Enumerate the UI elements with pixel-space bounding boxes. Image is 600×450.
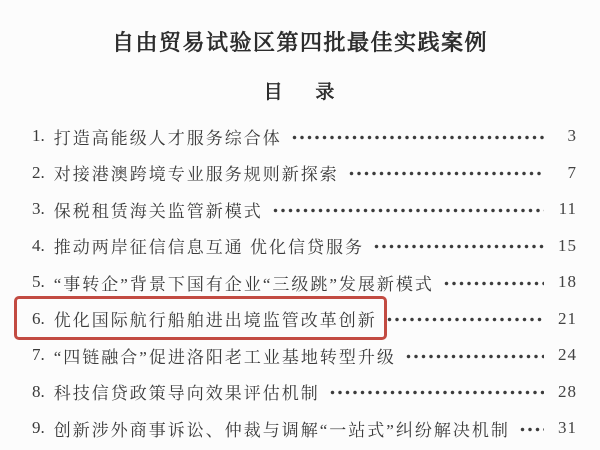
toc-item-title: “事转企”背景下国有企业“三级跳”发展新模式	[54, 270, 434, 295]
toc-item-main: 7. “四链融合”促进洛阳老工业基地转型升级	[32, 343, 396, 368]
dot-leader	[387, 317, 544, 322]
toc-item-page: 31	[551, 418, 577, 438]
toc-item-main: 6. 优化国际航行船舶进出境监管改革创新	[32, 306, 377, 331]
toc-item-number: 5.	[32, 272, 45, 292]
toc-item-title: 推动两岸征信信息互通 优化信贷服务	[54, 233, 364, 258]
toc-item: 8. 科技信贷政策导向效果评估机制 28	[32, 374, 577, 411]
dot-leader	[374, 244, 544, 249]
document-title: 自由贸易试验区第四批最佳实践案例	[0, 0, 600, 57]
toc-item: 7. “四链融合”促进洛阳老工业基地转型升级 24	[32, 337, 577, 374]
toc-item-main: 4. 推动两岸征信信息互通 优化信贷服务	[32, 233, 364, 258]
toc-item-number: 9.	[32, 418, 45, 438]
toc-item-main: 5. “事转企”背景下国有企业“三级跳”发展新模式	[32, 270, 434, 295]
toc-item-main: 3. 保税租赁海关监管新模式	[32, 197, 263, 222]
toc-item: 2. 对接港澳跨境专业服务规则新探索 7	[32, 155, 577, 192]
dot-leader	[520, 427, 544, 432]
toc-item-page: 7	[551, 163, 577, 183]
toc-item-number: 6.	[32, 309, 45, 329]
toc-item-page: 28	[551, 382, 577, 402]
dot-leader	[273, 208, 544, 213]
toc-item-number: 4.	[32, 236, 45, 256]
toc-item: 9. 创新涉外商事诉讼、仲裁与调解“一站式”纠纷解决机制 31	[32, 410, 577, 447]
toc-item-page: 3	[551, 126, 577, 146]
toc-item-main: 9. 创新涉外商事诉讼、仲裁与调解“一站式”纠纷解决机制	[32, 416, 510, 441]
toc-item-page: 24	[551, 345, 577, 365]
dot-leader	[349, 171, 544, 176]
dot-leader	[330, 390, 544, 395]
toc-item-title: “四链融合”促进洛阳老工业基地转型升级	[54, 343, 396, 368]
toc-item-number: 1.	[32, 126, 45, 146]
toc-item: 4. 推动两岸征信信息互通 优化信贷服务 15	[32, 228, 577, 265]
toc-item-number: 2.	[32, 163, 45, 183]
toc-item-title: 打造高能级人才服务综合体	[54, 124, 282, 149]
toc-item-title: 优化国际航行船舶进出境监管改革创新	[54, 306, 377, 331]
toc-item-main: 2. 对接港澳跨境专业服务规则新探索	[32, 160, 339, 185]
toc-item-number: 7.	[32, 345, 45, 365]
toc-item: 6. 优化国际航行船舶进出境监管改革创新 21	[32, 301, 577, 338]
dot-leader	[444, 281, 544, 286]
toc-item-title: 对接港澳跨境专业服务规则新探索	[54, 160, 339, 185]
toc-heading: 目 录	[0, 82, 600, 104]
document-page: 自由贸易试验区第四批最佳实践案例 目 录 1. 打造高能级人才服务综合体 3 2…	[0, 0, 600, 450]
toc-item-page: 18	[551, 272, 577, 292]
toc-item: 3. 保税租赁海关监管新模式 11	[32, 191, 577, 228]
toc-item-page: 11	[551, 199, 577, 219]
toc-item-main: 1. 打造高能级人才服务综合体	[32, 124, 282, 149]
dot-leader	[406, 354, 544, 359]
toc-item-title: 创新涉外商事诉讼、仲裁与调解“一站式”纠纷解决机制	[54, 416, 510, 441]
toc-item: 5. “事转企”背景下国有企业“三级跳”发展新模式 18	[32, 264, 577, 301]
dot-leader	[292, 135, 544, 140]
toc-list: 1. 打造高能级人才服务综合体 3 2. 对接港澳跨境专业服务规则新探索 7 3…	[0, 118, 600, 447]
toc-item-number: 8.	[32, 382, 45, 402]
toc-item-number: 3.	[32, 199, 45, 219]
toc-item-title: 保税租赁海关监管新模式	[54, 197, 263, 222]
toc-item-page: 15	[551, 236, 577, 256]
toc-item: 1. 打造高能级人才服务综合体 3	[32, 118, 577, 155]
toc-item-main: 8. 科技信贷政策导向效果评估机制	[32, 379, 320, 404]
toc-item-title: 科技信贷政策导向效果评估机制	[54, 379, 320, 404]
toc-item-page: 21	[551, 309, 577, 329]
